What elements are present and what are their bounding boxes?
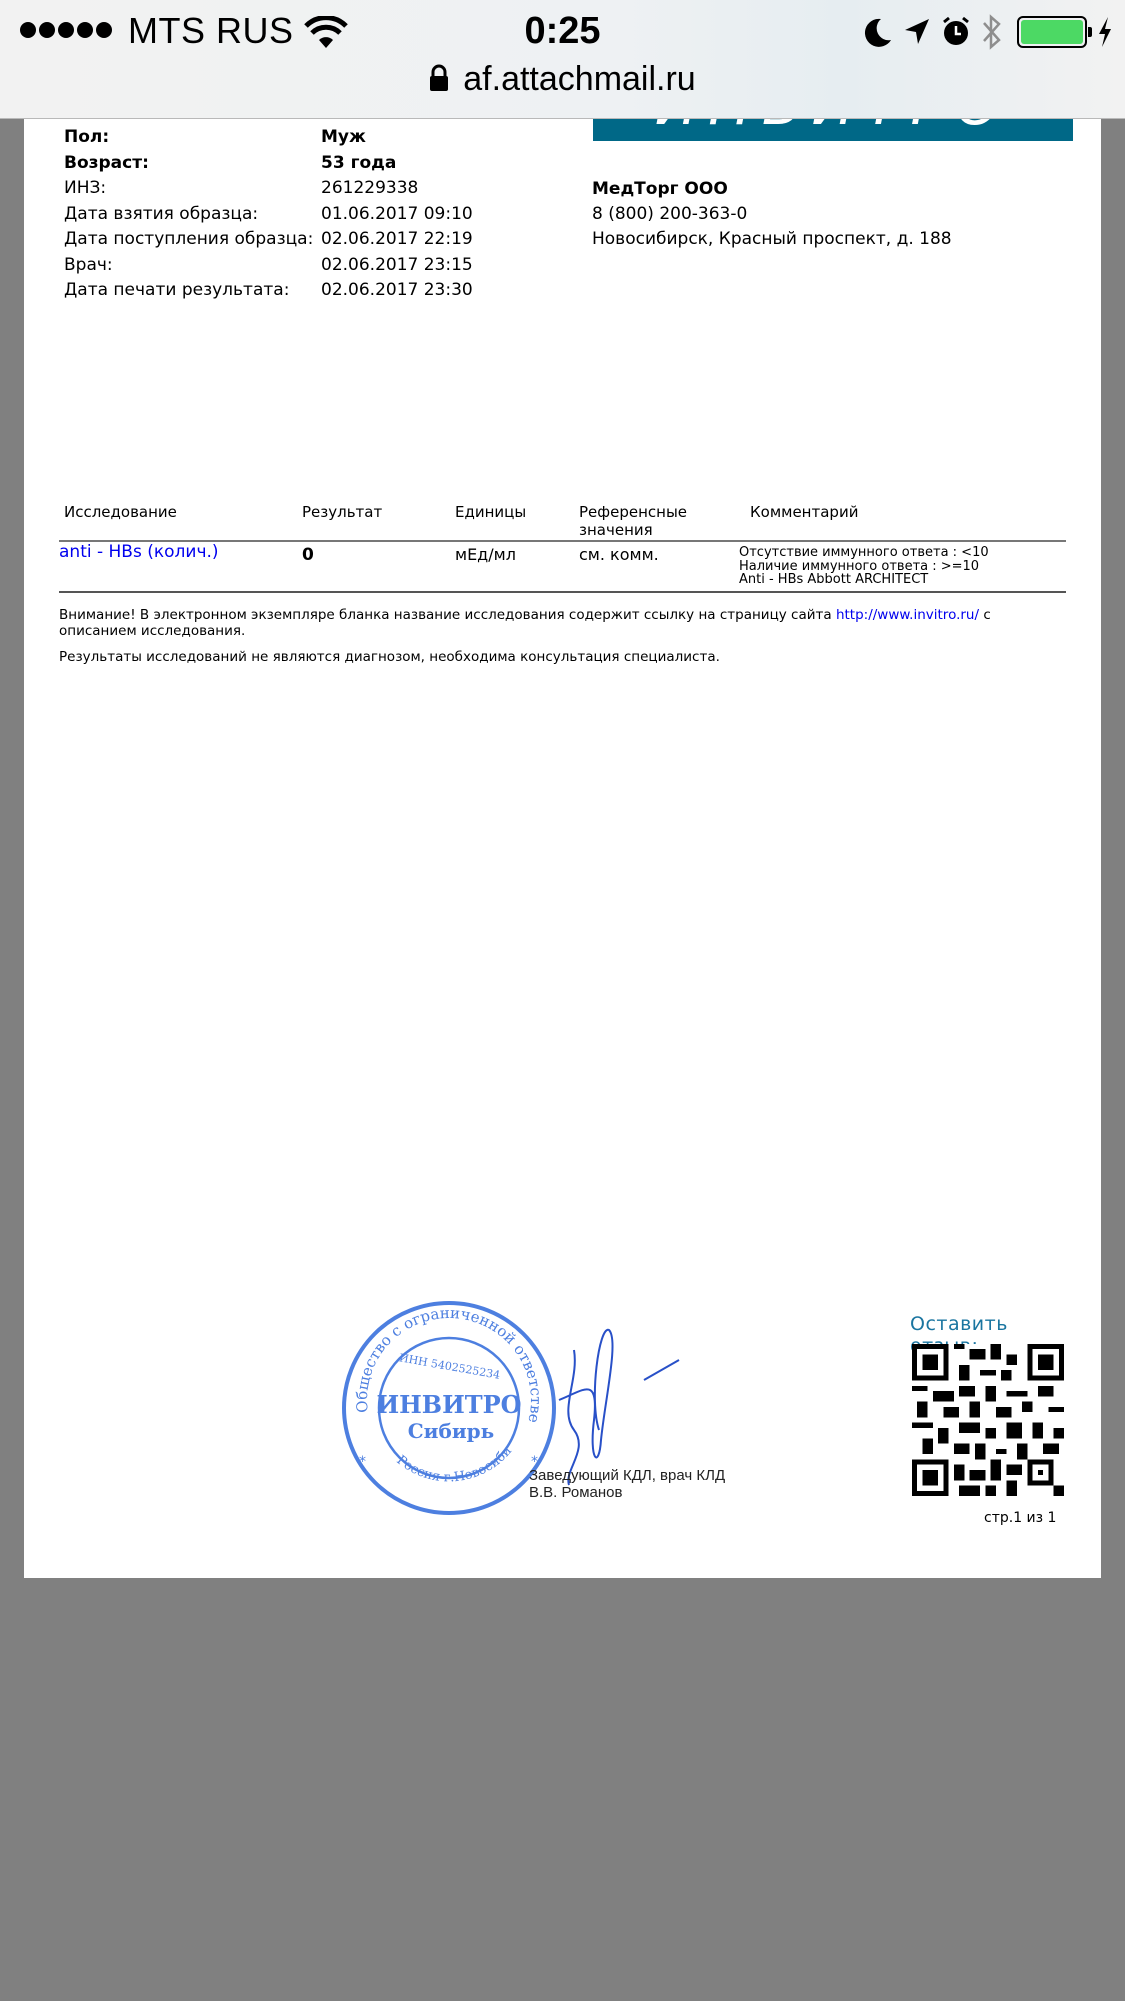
disclaimer: Результаты исследований не являются диаг… [59, 649, 1069, 665]
result-comment: Отсутствие иммунного ответа : <10 Наличи… [739, 546, 989, 587]
field-label: Дата взятия образца: [64, 202, 321, 228]
field-label: ИНЗ: [64, 176, 321, 202]
results-header: Исследование Результат Единицы Референсн… [59, 500, 1066, 542]
result-value: 0 [302, 545, 314, 565]
field-value: 02.06.2017 22:19 [321, 227, 473, 253]
comment-line: Anti - HBs Abbott ARCHITECT [739, 572, 928, 587]
patient-row-age: Возраст: 53 года [64, 151, 473, 177]
signer-block: Заведующий КДЛ, врач КЛД В.В. Романов [529, 1467, 725, 1501]
browser-chrome: MTS RUS 0:25 [0, 0, 1125, 119]
svg-text:ИНН 5402525234: ИНН 5402525234 [398, 1351, 501, 1382]
notes: Внимание! В электронном экземпляре бланк… [59, 607, 1069, 675]
header-result: Результат [302, 503, 382, 521]
moon-icon [863, 16, 893, 48]
patient-row-sample-date: Дата взятия образца: 01.06.2017 09:10 [64, 202, 473, 228]
patient-row-inz: ИНЗ: 261229338 [64, 176, 473, 202]
svg-text:Сибирь: Сибирь [408, 1419, 494, 1443]
field-value: 01.06.2017 09:10 [321, 202, 473, 228]
location-arrow-icon [903, 16, 931, 48]
lab-name: МедТорг ООО [592, 177, 952, 202]
svg-text:*: * [359, 1454, 366, 1470]
patient-row-doctor: Врач: 02.06.2017 23:15 [64, 253, 473, 279]
lab-address: Новосибирск, Красный проспект, д. 188 [592, 227, 952, 252]
field-value: 261229338 [321, 176, 418, 202]
company-stamp: Общество с ограниченной ответственностью… [339, 1298, 559, 1518]
signature [539, 1320, 689, 1490]
alarm-icon [941, 16, 971, 48]
test-link[interactable]: anti - HBs (колич.) [59, 542, 219, 562]
header-reference-line2: значения [579, 521, 653, 539]
field-value: 53 года [321, 151, 396, 177]
reference-values: см. комм. [579, 545, 659, 564]
field-value: 02.06.2017 23:15 [321, 253, 473, 279]
feedback-qr-code[interactable] [912, 1344, 1064, 1496]
table-row: anti - HBs (колич.) 0 мЕд/мл см. комм. О… [59, 542, 1066, 593]
battery-icon [1017, 16, 1087, 48]
header-comment: Комментарий [750, 503, 858, 521]
field-label: Возраст: [64, 151, 321, 177]
header-reference-line1: Референсные [579, 503, 687, 521]
patient-row-sex: Пол: Муж [64, 125, 473, 151]
charging-bolt-icon [1097, 16, 1113, 48]
signer-name: В.В. Романов [529, 1484, 725, 1501]
bluetooth-icon [981, 12, 1003, 52]
warning-note: Внимание! В электронном экземпляре бланк… [59, 607, 1069, 639]
lab-phone: 8 (800) 200-363-0 [592, 202, 952, 227]
status-bar: MTS RUS 0:25 [0, 10, 1125, 52]
invitro-link[interactable]: http://www.invitro.ru/ [836, 607, 979, 623]
patient-row-received-date: Дата поступления образца: 02.06.2017 22:… [64, 227, 473, 253]
field-label: Пол: [64, 125, 321, 151]
field-value: Муж [321, 125, 366, 151]
header-units: Единицы [455, 503, 526, 521]
patient-info: Пол: Муж Возраст: 53 года ИНЗ: 261229338… [64, 125, 473, 304]
header-test: Исследование [64, 503, 177, 521]
header-reference: Референсные значения [579, 503, 687, 539]
result-units: мЕд/мл [455, 545, 516, 564]
lab-info: МедТорг ООО 8 (800) 200-363-0 Новосибирс… [592, 177, 952, 252]
signer-title: Заведующий КДЛ, врач КЛД [529, 1467, 725, 1484]
warning-text: Внимание! В электронном экземпляре бланк… [59, 607, 836, 623]
field-label: Дата поступления образца: [64, 227, 321, 253]
results-table: Исследование Результат Единицы Референсн… [59, 500, 1066, 593]
svg-text:ИНВИТРО: ИНВИТРО [376, 1390, 521, 1419]
url-text: af.attachmail.ru [463, 60, 695, 98]
field-value: 02.06.2017 23:30 [321, 278, 473, 304]
page-number: стр.1 из 1 [984, 1510, 1056, 1526]
lock-icon [429, 64, 449, 92]
document-page: ИНВИТРО Пол: Муж Возраст: 53 года ИНЗ: 2… [24, 100, 1101, 1578]
field-label: Врач: [64, 253, 321, 279]
field-label: Дата печати результата: [64, 278, 321, 304]
patient-row-print-date: Дата печати результата: 02.06.2017 23:30 [64, 278, 473, 304]
address-bar[interactable]: af.attachmail.ru [0, 60, 1125, 99]
